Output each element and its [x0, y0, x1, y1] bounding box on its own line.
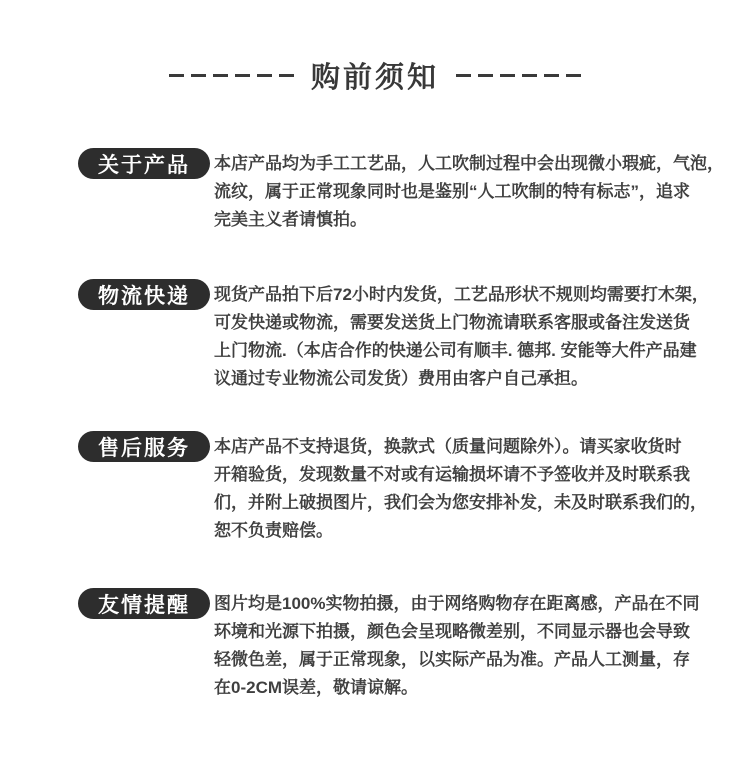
text-line: 本店产品均为手工工艺品，人工吹制过程中会出现微小瑕疵，气泡，: [214, 150, 724, 178]
text-line: 本店产品不支持退货，换款式（质量问题除外）。请买家收货时: [214, 433, 707, 461]
page-title-row: 购前须知: [0, 55, 750, 96]
section-text: 图片均是100%实物拍摄，由于网络购物存在距离感，产品在不同 环境和光源下拍摄，…: [214, 588, 699, 702]
text-line: 可发快递或物流，需要发送货上门物流请联系客服或备注发送货: [214, 309, 709, 337]
text-line: 议通过专业物流公司发货）费用由客户自己承担。: [214, 365, 709, 393]
text-line: 在0-2CM误差，敬请谅解。: [214, 674, 699, 702]
dash-segment: [456, 74, 471, 77]
notice-section-logistics: 物流快递 现货产品拍下后72小时内发货，工艺品形状不规则均需要打木架， 可发快递…: [78, 279, 709, 393]
section-text: 本店产品不支持退货，换款式（质量问题除外）。请买家收货时 开箱验货，发现数量不对…: [214, 431, 707, 545]
text-line: 环境和光源下拍摄，颜色会呈现略微差别，不同显示器也会导致: [214, 618, 699, 646]
notice-section-about-product: 关于产品 本店产品均为手工工艺品，人工吹制过程中会出现微小瑕疵，气泡， 流纹，属…: [78, 148, 724, 234]
section-text: 现货产品拍下后72小时内发货，工艺品形状不规则均需要打木架， 可发快递或物流，需…: [214, 279, 709, 393]
title-dashes-left: [169, 74, 294, 77]
dash-segment: [566, 74, 581, 77]
pre-purchase-notice-page: 购前须知 关于产品 本店产品均为手工工艺品，人工吹制过程中会出现微小瑕疵，气泡，…: [0, 0, 750, 771]
text-line: 轻微色差，属于正常现象，以实际产品为准。产品人工测量，存: [214, 646, 699, 674]
text-line: 现货产品拍下后72小时内发货，工艺品形状不规则均需要打木架，: [214, 281, 709, 309]
notice-section-reminder: 友情提醒 图片均是100%实物拍摄，由于网络购物存在距离感，产品在不同 环境和光…: [78, 588, 699, 702]
dash-segment: [279, 74, 294, 77]
page-title: 购前须知: [311, 55, 439, 96]
dash-segment: [544, 74, 559, 77]
text-line: 流纹，属于正常现象同时也是鉴别“人工吹制的特有标志”，追求: [214, 178, 724, 206]
dash-segment: [257, 74, 272, 77]
text-line: 开箱验货，发现数量不对或有运输损坏请不予签收并及时联系我: [214, 461, 707, 489]
text-line: 们，并附上破损图片，我们会为您安排补发，未及时联系我们的，: [214, 489, 707, 517]
dash-segment: [478, 74, 493, 77]
text-line: 图片均是100%实物拍摄，由于网络购物存在距离感，产品在不同: [214, 590, 699, 618]
dash-segment: [522, 74, 537, 77]
dash-segment: [235, 74, 250, 77]
section-label-badge: 售后服务: [78, 431, 210, 462]
dash-segment: [169, 74, 184, 77]
section-text: 本店产品均为手工工艺品，人工吹制过程中会出现微小瑕疵，气泡， 流纹，属于正常现象…: [214, 148, 724, 234]
title-dashes-right: [456, 74, 581, 77]
dash-segment: [191, 74, 206, 77]
section-label-badge: 友情提醒: [78, 588, 210, 619]
text-line: 上门物流.（本店合作的快递公司有顺丰. 德邦. 安能等大件产品建: [214, 337, 709, 365]
text-line: 恕不负责赔偿。: [214, 517, 707, 545]
section-label-badge: 关于产品: [78, 148, 210, 179]
dash-segment: [213, 74, 228, 77]
section-label-badge: 物流快递: [78, 279, 210, 310]
notice-section-after-sales: 售后服务 本店产品不支持退货，换款式（质量问题除外）。请买家收货时 开箱验货，发…: [78, 431, 707, 545]
text-line: 完美主义者请慎拍。: [214, 206, 724, 234]
dash-segment: [500, 74, 515, 77]
